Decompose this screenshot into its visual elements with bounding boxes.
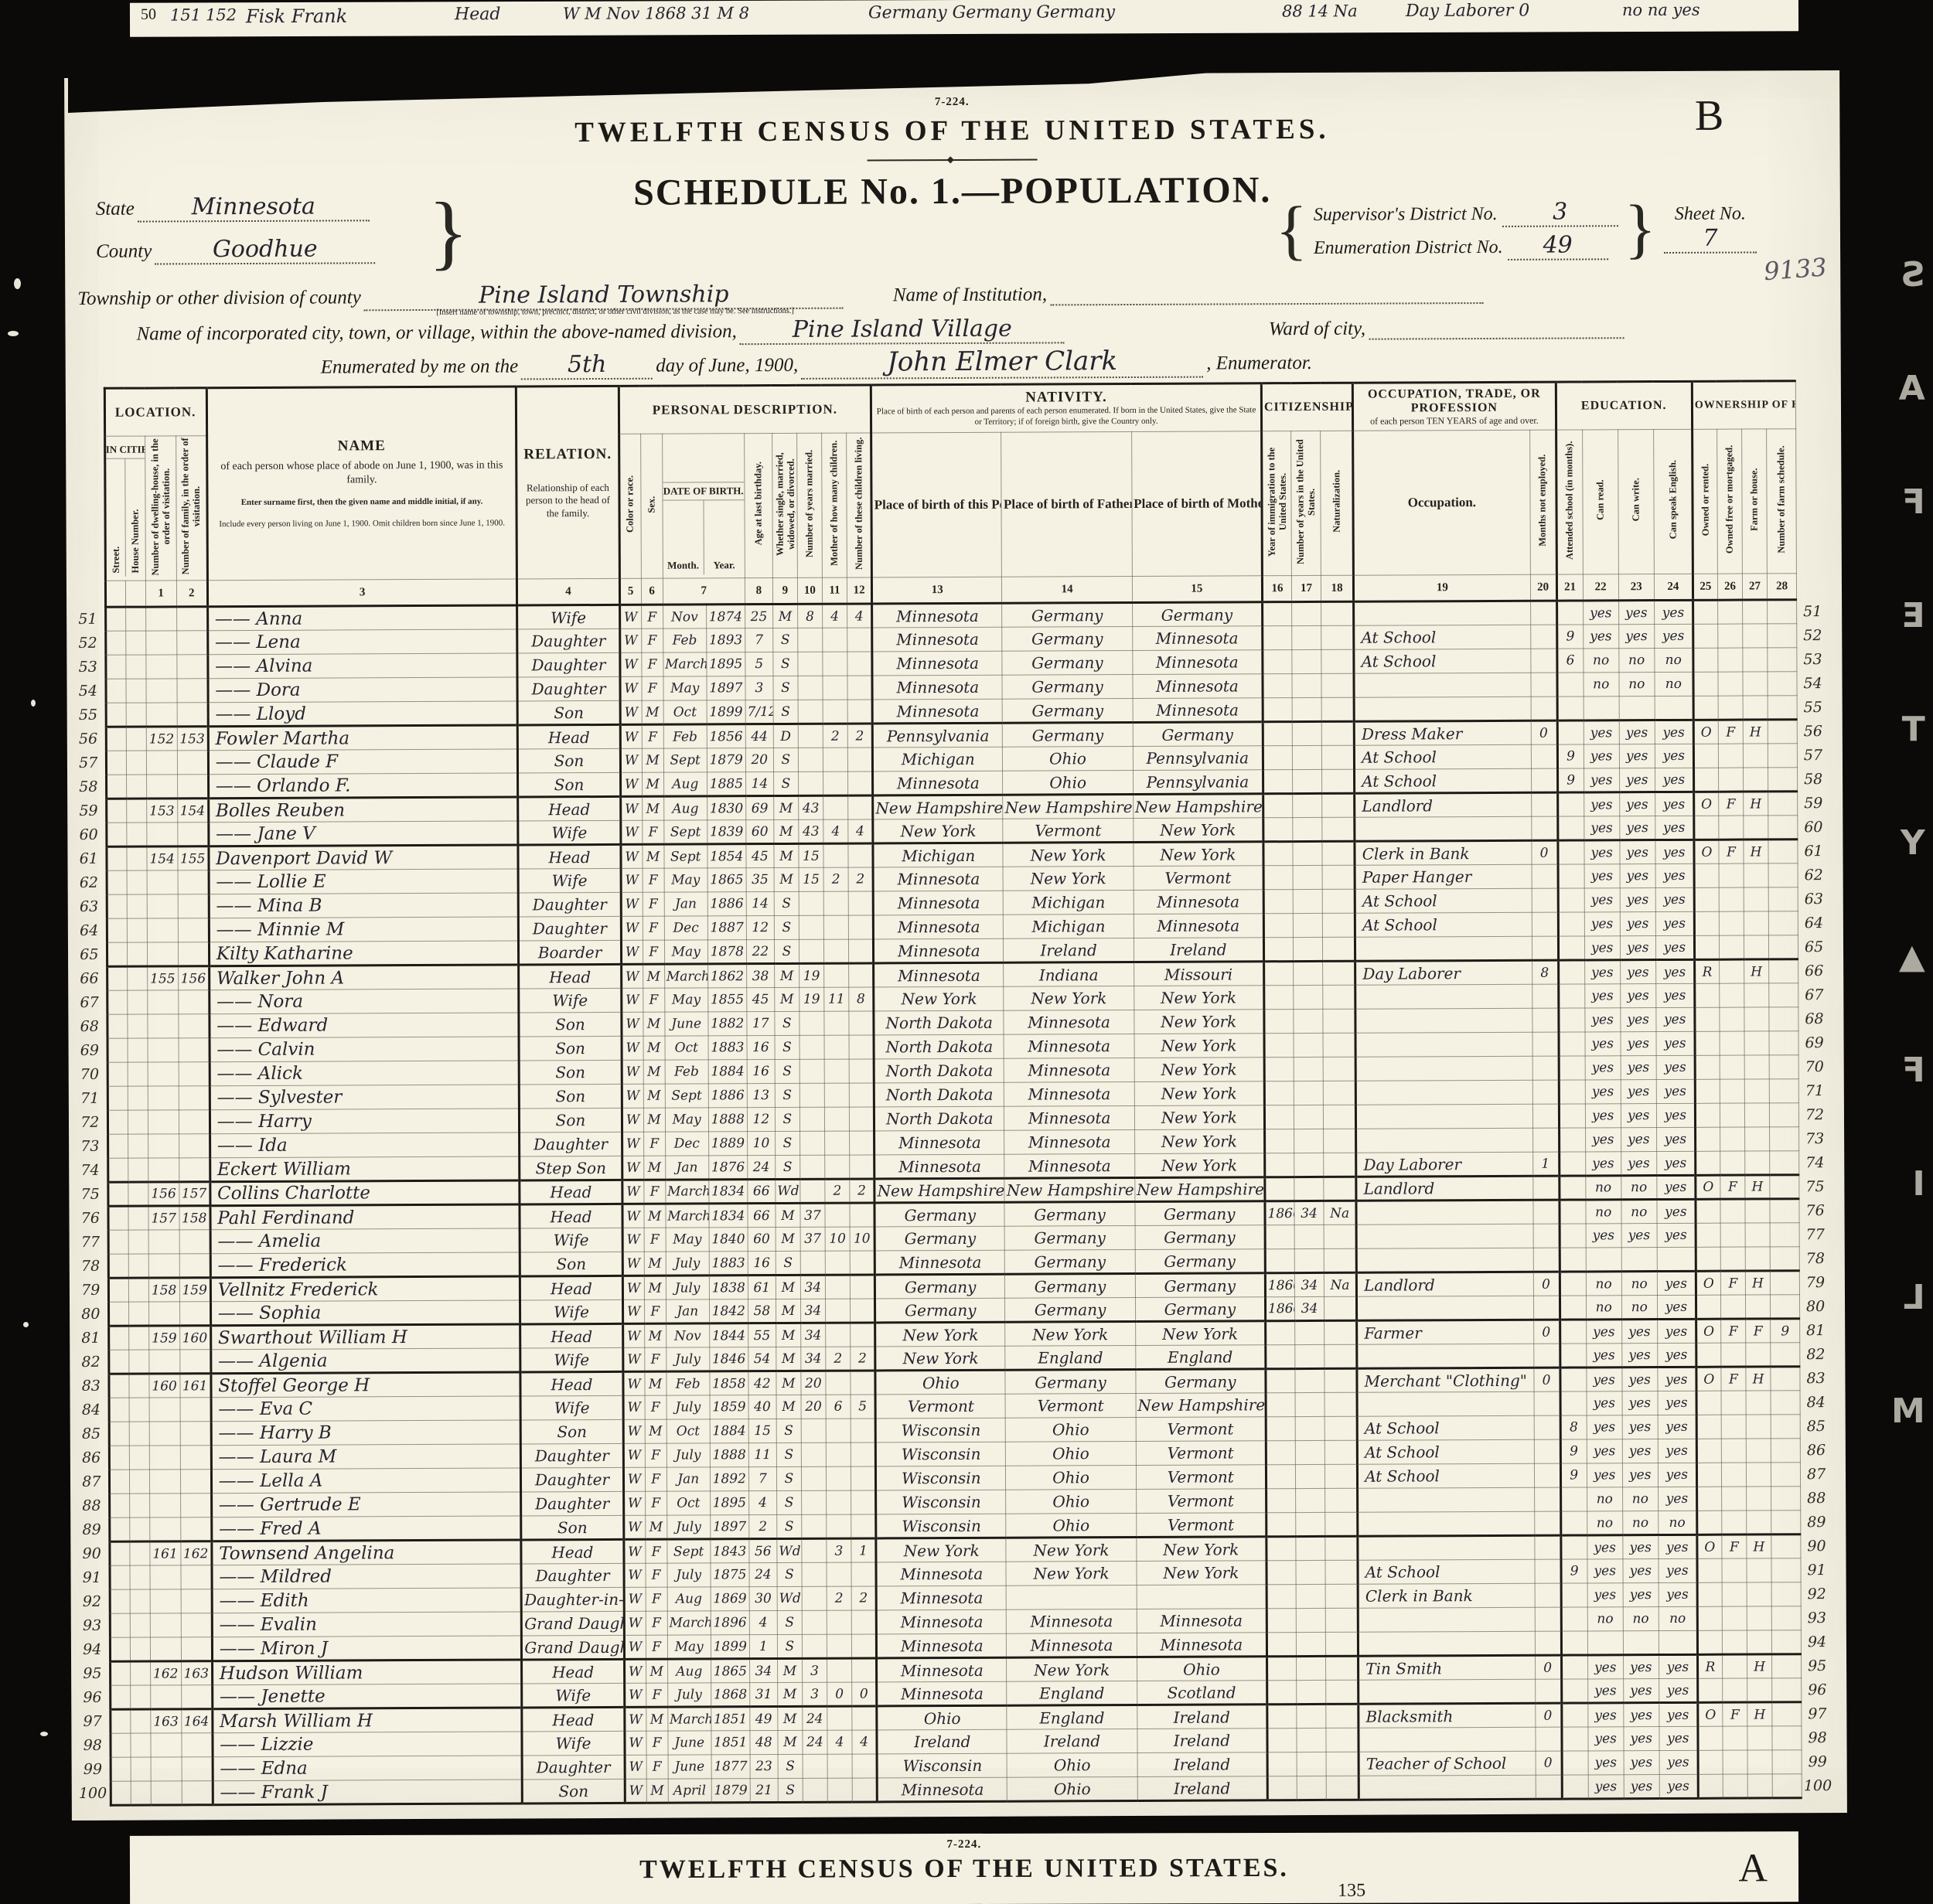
cell-children_living	[848, 795, 873, 819]
cell-nat	[1326, 1704, 1359, 1728]
fragment-family: 152	[206, 5, 237, 24]
cell-pob_mother: Germany	[1135, 1201, 1265, 1226]
cell-imm	[1264, 1034, 1294, 1058]
cell-school	[1560, 1272, 1586, 1296]
cell-name: Hudson William	[212, 1660, 522, 1685]
cell-school	[1557, 673, 1584, 697]
cell-pob_father: Germany	[1002, 602, 1132, 627]
enumerator-suffix-label: , Enumerator.	[1206, 353, 1312, 374]
cell-pob_mother: Minnesota	[1133, 650, 1263, 675]
cell-yrs_us	[1296, 1488, 1325, 1512]
cell-imm	[1263, 626, 1292, 650]
cell-month: Oct	[666, 1491, 710, 1515]
cell-pob: Minnesota	[876, 1586, 1006, 1610]
cell-children_born	[827, 1754, 852, 1778]
cell-marital: S	[775, 1011, 799, 1035]
cell-months_unemp: 0	[1535, 1655, 1561, 1679]
cell-relation: Daughter	[517, 676, 619, 701]
cell-occupation: Landlord	[1356, 1176, 1532, 1201]
cell-nat	[1324, 1344, 1357, 1368]
cell-english: yes	[1659, 1582, 1697, 1606]
cell-name: —— Edward	[210, 1013, 520, 1038]
cell-years_married	[803, 1778, 827, 1802]
cell-occupation	[1355, 984, 1532, 1009]
cell-color: W	[624, 1659, 646, 1683]
cell-english: yes	[1659, 1558, 1697, 1582]
cell-read: no	[1583, 649, 1618, 673]
cell-read: yes	[1584, 888, 1620, 912]
title-divider	[868, 159, 1038, 162]
cell-pob_father: Minnesota	[1004, 1034, 1134, 1058]
cell-occupation	[1358, 1487, 1534, 1512]
cell-street	[110, 1613, 130, 1637]
cell-owned	[1696, 1223, 1720, 1247]
cell-color: W	[625, 1731, 646, 1755]
cell-nat	[1323, 985, 1355, 1009]
cell-marital: D	[773, 724, 798, 748]
cell-owned	[1693, 672, 1718, 696]
cell-yrs_us: 34	[1294, 1201, 1324, 1224]
cell-months_unemp	[1532, 1080, 1559, 1104]
cell-farm	[1743, 600, 1768, 624]
cell-pob_mother: New Hampshire	[1135, 1177, 1265, 1202]
cell-occupation: Landlord	[1357, 1272, 1533, 1296]
cell-months_unemp	[1534, 1487, 1560, 1511]
cell-children_born	[827, 1610, 851, 1634]
cell-year: 1896	[711, 1611, 749, 1635]
cell-age: 45	[747, 988, 775, 1012]
cell-sched	[1768, 840, 1798, 863]
cell-children_living	[852, 1658, 877, 1682]
cell-pob_father: Vermont	[1003, 818, 1133, 843]
cell-school	[1561, 1703, 1587, 1727]
cell-street	[107, 1134, 128, 1158]
cell-ln: 82	[74, 1350, 108, 1374]
cell-months_unemp	[1530, 625, 1556, 649]
cell-ln: 64	[73, 918, 107, 942]
cell-owned	[1695, 1031, 1720, 1055]
column-number: 2	[176, 581, 207, 607]
cell-pob_mother: Scotland	[1137, 1681, 1267, 1705]
cell-farm	[1743, 624, 1768, 648]
cell-sex: F	[644, 1299, 666, 1323]
cell-english: no	[1659, 1606, 1697, 1630]
cell-house	[131, 1757, 151, 1781]
col-pob-person: Place of birth of this Person.	[871, 432, 1002, 577]
cell-marital: M	[776, 1371, 801, 1395]
cell-family	[176, 607, 207, 631]
cell-free	[1720, 1151, 1745, 1175]
cell-imm	[1267, 1609, 1296, 1633]
cell-farm	[1744, 1055, 1769, 1079]
cell-imm	[1267, 1561, 1296, 1585]
enumerated-line: Enumerated by me on the 5th day of June,…	[321, 345, 1312, 382]
cell-years_married	[799, 1011, 824, 1035]
cell-color: W	[623, 1515, 645, 1539]
cell-year: 1830	[707, 796, 745, 820]
cell-read: yes	[1584, 864, 1620, 888]
cell-month: Oct	[663, 700, 707, 724]
cell-name: Pahl Ferdinand	[210, 1204, 520, 1230]
cell-months_unemp	[1533, 1344, 1560, 1368]
cell-line-number: 87	[1801, 1463, 1832, 1487]
film-edge-letter: T	[1891, 710, 1925, 749]
cell-marital: S	[777, 1634, 802, 1658]
footer-side-letter: A	[1738, 1845, 1768, 1891]
cell-nat	[1324, 1129, 1356, 1153]
cell-age: 60	[746, 820, 774, 844]
cell-nat	[1323, 1057, 1355, 1081]
cell-pob: Germany	[874, 1202, 1004, 1227]
cell-marital: S	[773, 748, 798, 771]
cell-month: Aug	[663, 796, 707, 820]
cell-farm	[1744, 983, 1769, 1007]
cell-school	[1558, 936, 1584, 960]
cell-pob: Ireland	[877, 1729, 1007, 1754]
cell-months_unemp	[1535, 1583, 1561, 1607]
cell-pob: Minnesota	[874, 1154, 1004, 1179]
cell-name: —— Amelia	[210, 1228, 520, 1254]
cell-ln: 71	[73, 1086, 107, 1110]
cell-children_born	[823, 652, 847, 676]
sheet-number-block: Sheet No. 7	[1664, 203, 1757, 254]
fragment-occupation: Day Laborer 0	[1406, 1, 1529, 21]
cell-month: April	[668, 1779, 711, 1803]
cell-english: yes	[1655, 720, 1693, 744]
col-pob-mother: Place of birth of Mother of this person.	[1131, 431, 1262, 577]
cell-school	[1561, 1607, 1587, 1631]
cell-yrs_us	[1293, 817, 1322, 841]
cell-age: 1	[749, 1635, 777, 1659]
cell-children_living: 2	[850, 1179, 874, 1203]
cell-house	[130, 1661, 150, 1685]
col-birth-year: Year.	[714, 559, 735, 571]
cell-line-number: 56	[1797, 720, 1829, 744]
cell-month: Dec	[664, 916, 707, 940]
cell-sex: M	[643, 1084, 665, 1108]
cell-imm	[1266, 1321, 1295, 1345]
cell-age: 44	[745, 724, 773, 748]
cell-read: no	[1587, 1487, 1622, 1511]
cell-sex: M	[642, 772, 663, 796]
column-number	[105, 581, 125, 607]
cell-english: yes	[1654, 600, 1693, 624]
cell-relation: Son	[518, 700, 620, 725]
cell-pob_father: Minnesota	[1004, 1081, 1134, 1106]
cell-sched	[1771, 1487, 1801, 1511]
cell-street	[110, 1661, 130, 1685]
city-line: Name of incorporated city, town, or vill…	[136, 312, 1624, 347]
cell-school	[1557, 792, 1584, 816]
cell-months_unemp	[1530, 649, 1556, 673]
cell-family	[177, 751, 208, 775]
cell-sex: F	[643, 892, 664, 916]
cell-name: —— Lollie E	[209, 869, 519, 894]
cell-name: —— Evalin	[212, 1612, 522, 1637]
cell-nat	[1326, 1728, 1359, 1752]
cell-pob: Minnesota	[872, 603, 1002, 628]
cell-children_living	[851, 1514, 876, 1538]
cell-years_married	[799, 1083, 824, 1107]
cell-street	[110, 1709, 130, 1733]
cell-children_living	[851, 1610, 876, 1634]
supervisors-district-value: 3	[1553, 199, 1567, 226]
cell-house	[127, 870, 147, 894]
cell-relation: Wife	[520, 1395, 622, 1420]
cell-years_married: 37	[800, 1227, 825, 1251]
cell-age: 38	[746, 964, 774, 988]
cell-english: yes	[1656, 1031, 1695, 1055]
cell-free	[1720, 1007, 1744, 1031]
cell-school: 9	[1557, 768, 1584, 792]
cell-children_born: 2	[825, 1179, 850, 1203]
cell-children_living: 2	[851, 1586, 876, 1610]
cell-english: yes	[1658, 1463, 1696, 1487]
cell-relation: Head	[519, 964, 621, 989]
cell-read: yes	[1587, 1583, 1623, 1607]
cell-children_living	[852, 1778, 877, 1802]
cell-occupation	[1357, 1296, 1533, 1320]
cell-pob: Minnesota	[876, 1609, 1006, 1634]
cell-pob_father: Ohio	[1003, 746, 1133, 771]
cell-nat	[1322, 889, 1355, 913]
cell-pob_mother: New York	[1137, 1561, 1267, 1586]
cell-children_born	[823, 891, 848, 915]
cell-children_living	[851, 1562, 876, 1586]
cell-month: Sept	[665, 1084, 708, 1108]
cell-school	[1558, 888, 1584, 912]
cell-read: yes	[1587, 1559, 1623, 1583]
cell-months_unemp	[1536, 1775, 1562, 1799]
cell-yrs_us	[1293, 913, 1322, 937]
film-edge-letter: E	[1891, 596, 1925, 635]
cell-color: W	[624, 1563, 646, 1587]
cell-school	[1558, 960, 1584, 984]
cell-write: yes	[1622, 1439, 1658, 1463]
cell-ln: 56	[72, 727, 106, 751]
cell-sched	[1772, 1726, 1802, 1750]
cell-year: 1882	[708, 1012, 747, 1036]
township-label: Township or other division of county	[77, 287, 361, 309]
cell-years_married	[799, 1107, 824, 1131]
cell-month: Jan	[666, 1299, 709, 1323]
cell-read: yes	[1583, 601, 1618, 625]
cell-pob_father: Ohio	[1003, 770, 1133, 795]
cell-imm	[1265, 1129, 1294, 1153]
cell-school	[1559, 1128, 1585, 1152]
cell-house	[130, 1709, 150, 1733]
cell-occupation	[1356, 1248, 1532, 1272]
cell-years_married: 3	[802, 1658, 827, 1682]
cell-sex: F	[645, 1467, 666, 1491]
cell-age: 16	[747, 1060, 775, 1084]
cell-sched	[1772, 1678, 1802, 1702]
cell-owned	[1694, 887, 1719, 911]
cell-year: 1834	[709, 1204, 748, 1228]
cell-marital: S	[775, 1083, 799, 1107]
cell-occupation	[1357, 1391, 1533, 1416]
cell-children_born	[827, 1778, 852, 1802]
cell-pob: New Hampshire	[873, 795, 1003, 819]
cell-occupation: At School	[1355, 912, 1531, 937]
cell-dwelling: 154	[147, 846, 178, 870]
col-in-cities: IN CITIES. Street. House Number.	[104, 436, 145, 581]
cell-name: —— Lloyd	[208, 701, 518, 727]
cell-name: —— Alick	[210, 1061, 520, 1086]
cell-children_living	[847, 676, 872, 700]
cell-name: —— Dora	[208, 677, 518, 703]
cell-school	[1558, 864, 1584, 888]
cell-months_unemp	[1534, 1535, 1560, 1559]
cell-year: 1865	[707, 868, 746, 892]
cell-read: yes	[1587, 1535, 1622, 1559]
cell-owned	[1696, 1151, 1720, 1175]
cell-farm: H	[1744, 792, 1768, 816]
cell-sched: 9	[1771, 1319, 1800, 1343]
column-number: 26	[1717, 574, 1742, 600]
cell-owned	[1698, 1678, 1723, 1702]
cell-years_married: 34	[801, 1347, 826, 1371]
cell-year: 1879	[711, 1779, 750, 1803]
cell-pob_mother: Ireland	[1134, 938, 1263, 962]
cell-name: Townsend Angelina	[212, 1540, 522, 1565]
cell-months_unemp: 0	[1533, 1368, 1560, 1391]
cell-months_unemp	[1532, 1200, 1559, 1224]
cell-sex: F	[645, 1395, 666, 1419]
cell-house	[125, 607, 145, 631]
cell-english: yes	[1658, 1367, 1696, 1391]
cell-pob_mother: Vermont	[1136, 1465, 1266, 1490]
cell-yrs_us	[1296, 1608, 1325, 1632]
cell-nat	[1321, 649, 1354, 673]
cell-house	[127, 966, 147, 990]
cell-sex: F	[643, 916, 664, 940]
cell-color: W	[622, 1036, 643, 1060]
column-number: 4	[517, 578, 619, 605]
cell-line-number: 67	[1798, 983, 1830, 1007]
cell-relation: Daughter	[521, 1443, 623, 1468]
cell-street	[107, 1014, 127, 1038]
film-edge-letter: ▲	[1891, 937, 1925, 976]
cell-imm: 1866	[1265, 1273, 1294, 1297]
cell-month: Aug	[667, 1587, 711, 1611]
cell-years_married: 19	[799, 963, 824, 987]
cell-sex: M	[644, 1323, 666, 1347]
cell-color: W	[619, 652, 641, 676]
cell-street	[106, 727, 126, 751]
cell-children_living	[849, 1059, 874, 1083]
cell-pob_mother: Pennsylvania	[1133, 770, 1263, 795]
cell-year: 1884	[708, 1060, 747, 1084]
cell-read: yes	[1588, 1775, 1624, 1799]
cell-months_unemp	[1532, 912, 1558, 936]
cell-nat	[1322, 769, 1355, 793]
cell-year: 1883	[709, 1252, 748, 1276]
cell-street	[106, 751, 126, 775]
state-county-brace: }	[428, 185, 469, 281]
cell-house	[128, 1158, 148, 1182]
cell-children_born	[823, 939, 848, 963]
cell-sex: M	[645, 1419, 666, 1443]
cell-sex: F	[643, 1180, 665, 1204]
col-free-mortgaged: Owned free or mortgaged.	[1717, 429, 1743, 574]
cell-sched	[1769, 1007, 1798, 1031]
cell-line-number: 64	[1798, 911, 1829, 935]
cell-sex: F	[646, 1635, 667, 1659]
cell-house	[129, 1374, 149, 1398]
cell-pob_mother: Vermont	[1134, 866, 1263, 891]
cell-sex: F	[643, 988, 664, 1012]
cell-children_living	[847, 700, 872, 724]
cell-sched	[1768, 792, 1798, 816]
cell-years_married	[798, 676, 823, 700]
cell-ln: 99	[77, 1757, 111, 1781]
cell-read: no	[1586, 1200, 1621, 1224]
cell-sex: F	[646, 1755, 668, 1779]
cell-occupation: Dress Maker	[1354, 720, 1530, 745]
cell-age: 20	[745, 748, 773, 772]
cell-marital: M	[776, 1395, 801, 1419]
cell-owned	[1695, 1079, 1720, 1103]
cell-children_born: 4	[823, 604, 847, 628]
cell-ln: 65	[73, 942, 107, 966]
cell-read: yes	[1584, 816, 1619, 840]
cell-school	[1561, 1583, 1587, 1607]
cell-write: yes	[1624, 1775, 1659, 1799]
cell-year: 1854	[707, 844, 746, 868]
cell-yrs_us	[1294, 1105, 1323, 1129]
column-number: 13	[872, 577, 1002, 604]
cell-yrs_us	[1294, 1129, 1324, 1153]
cell-months_unemp	[1530, 673, 1556, 697]
cell-imm	[1267, 1752, 1297, 1776]
cell-owned	[1693, 648, 1718, 672]
cell-marital: S	[773, 652, 798, 676]
cell-read: yes	[1583, 625, 1618, 649]
cell-free	[1718, 672, 1743, 696]
cell-months_unemp	[1532, 1128, 1559, 1152]
col-immigration-year: Year of immigration to the United States…	[1262, 431, 1292, 576]
cell-children_living	[852, 1754, 877, 1778]
cell-occupation: At School	[1354, 649, 1530, 673]
cell-years_married	[800, 1155, 825, 1179]
cell-free	[1720, 1295, 1745, 1319]
cell-nat	[1324, 1177, 1356, 1201]
cell-write: yes	[1621, 1104, 1656, 1128]
cell-family	[180, 1422, 211, 1446]
column-number: 8	[745, 578, 772, 605]
cell-write: yes	[1618, 601, 1654, 625]
cell-house	[128, 1230, 148, 1254]
cell-dwelling	[147, 870, 178, 894]
cell-family	[181, 1565, 212, 1589]
cell-year: 1892	[710, 1467, 748, 1491]
cell-street	[108, 1350, 128, 1374]
cell-relation: Wife	[517, 605, 619, 629]
cell-name: —— Mildred	[212, 1564, 522, 1589]
cell-farm	[1747, 1606, 1771, 1630]
fragment-personal: W M Nov 1868 31 M 8	[563, 4, 749, 23]
cell-yrs_us	[1297, 1776, 1326, 1800]
cell-free	[1718, 624, 1743, 648]
township-value: Pine Island Township	[479, 281, 729, 308]
cell-months_unemp	[1531, 768, 1557, 792]
cell-marital: M	[776, 1323, 800, 1347]
cell-year: 1851	[711, 1707, 750, 1731]
cell-farm	[1747, 1558, 1771, 1582]
cell-owned: O	[1696, 1271, 1720, 1295]
cell-imm	[1264, 1010, 1294, 1034]
